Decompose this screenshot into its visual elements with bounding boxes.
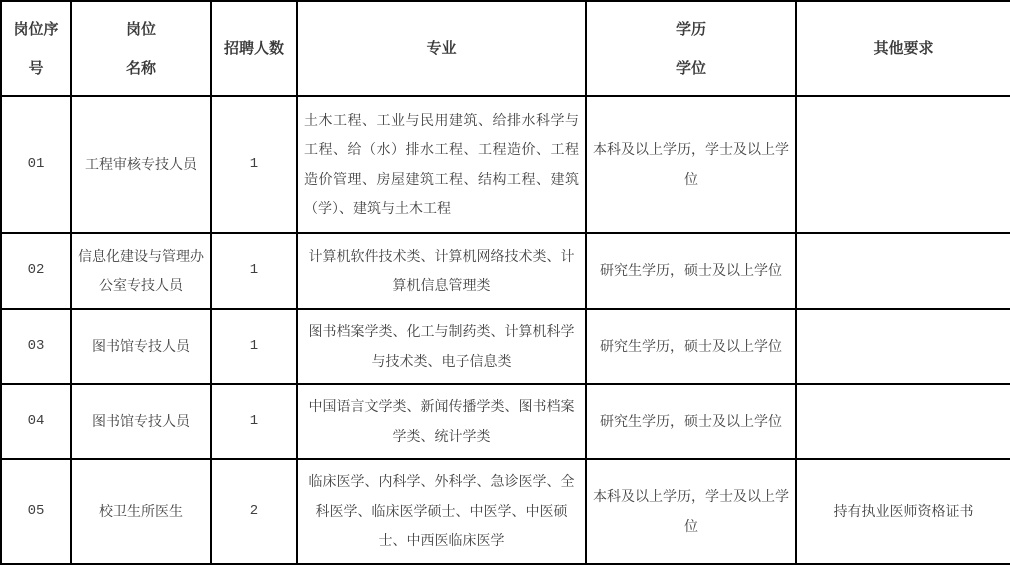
- position-number: 01: [1, 96, 71, 233]
- position-name: 校卫生所医生: [71, 459, 211, 564]
- header-major: 专业: [297, 1, 586, 96]
- position-name: 工程审核专技人员: [71, 96, 211, 233]
- education-degree: 本科及以上学历，学士及以上学位: [586, 96, 796, 233]
- job-positions-table: 岗位序号 岗位 名称 招聘人数 专业 学历 学位 其他要求 01 工程审核专技人…: [0, 0, 1010, 565]
- table-row: 03 图书馆专技人员 1 图书档案学类、化工与制药类、计算机科学与技术类、电子信…: [1, 309, 1010, 384]
- table-row: 05 校卫生所医生 2 临床医学、内科学、外科学、急诊医学、全科医学、临床医学硕…: [1, 459, 1010, 564]
- education-degree: 研究生学历，硕士及以上学位: [586, 233, 796, 309]
- recruit-count: 1: [211, 233, 297, 309]
- other-requirements: [796, 96, 1010, 233]
- other-requirements: 持有执业医师资格证书: [796, 459, 1010, 564]
- position-number: 03: [1, 309, 71, 384]
- education-degree: 研究生学历，硕士及以上学位: [586, 309, 796, 384]
- recruitment-table-page: 岗位序号 岗位 名称 招聘人数 专业 学历 学位 其他要求 01 工程审核专技人…: [0, 0, 1010, 563]
- header-education-degree: 学历 学位: [586, 1, 796, 96]
- education-degree: 本科及以上学历，学士及以上学位: [586, 459, 796, 564]
- table-row: 01 工程审核专技人员 1 土木工程、工业与民用建筑、给排水科学与工程、给（水）…: [1, 96, 1010, 233]
- position-number: 04: [1, 384, 71, 459]
- table-row: 04 图书馆专技人员 1 中国语言文学类、新闻传播学类、图书档案学类、统计学类 …: [1, 384, 1010, 459]
- table-row: 02 信息化建设与管理办公室专技人员 1 计算机软件技术类、计算机网络技术类、计…: [1, 233, 1010, 309]
- major-list: 土木工程、工业与民用建筑、给排水科学与工程、给（水）排水工程、工程造价、工程造价…: [297, 96, 586, 233]
- other-requirements: [796, 384, 1010, 459]
- position-name: 图书馆专技人员: [71, 309, 211, 384]
- major-list: 图书档案学类、化工与制药类、计算机科学与技术类、电子信息类: [297, 309, 586, 384]
- major-list: 计算机软件技术类、计算机网络技术类、计算机信息管理类: [297, 233, 586, 309]
- recruit-count: 1: [211, 309, 297, 384]
- recruit-count: 1: [211, 96, 297, 233]
- recruit-count: 1: [211, 384, 297, 459]
- recruit-count: 2: [211, 459, 297, 564]
- position-name: 信息化建设与管理办公室专技人员: [71, 233, 211, 309]
- other-requirements: [796, 233, 1010, 309]
- header-position-number: 岗位序号: [1, 1, 71, 96]
- position-number: 02: [1, 233, 71, 309]
- major-list: 中国语言文学类、新闻传播学类、图书档案学类、统计学类: [297, 384, 586, 459]
- table-header-row: 岗位序号 岗位 名称 招聘人数 专业 学历 学位 其他要求: [1, 1, 1010, 96]
- header-recruit-count: 招聘人数: [211, 1, 297, 96]
- position-number: 05: [1, 459, 71, 564]
- header-position-name: 岗位 名称: [71, 1, 211, 96]
- other-requirements: [796, 309, 1010, 384]
- header-other-requirements: 其他要求: [796, 1, 1010, 96]
- position-name: 图书馆专技人员: [71, 384, 211, 459]
- major-list: 临床医学、内科学、外科学、急诊医学、全科医学、临床医学硕士、中医学、中医硕士、中…: [297, 459, 586, 564]
- education-degree: 研究生学历，硕士及以上学位: [586, 384, 796, 459]
